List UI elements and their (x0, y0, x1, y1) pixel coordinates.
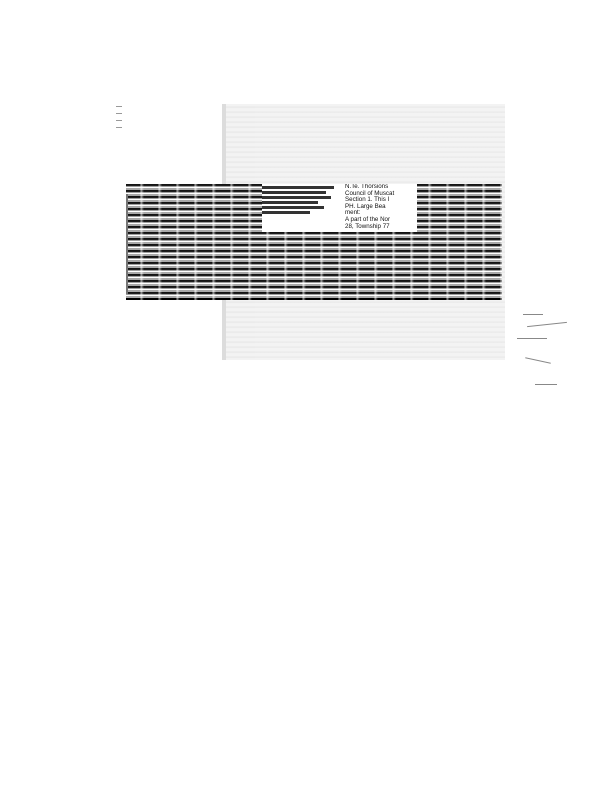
headline-block (262, 184, 342, 232)
margin-marks (112, 100, 126, 136)
scanned-page: N.Te. Thorsions Council of Muscat Sectio… (0, 0, 610, 800)
clipping-left-rule (126, 194, 128, 294)
legal-line: 28, Township 77 (345, 224, 417, 231)
legal-notice-column: N.Te. Thorsions Council of Muscat Sectio… (342, 184, 417, 232)
clipping-bottom-rule (126, 298, 502, 300)
handwritten-marks (505, 300, 585, 400)
